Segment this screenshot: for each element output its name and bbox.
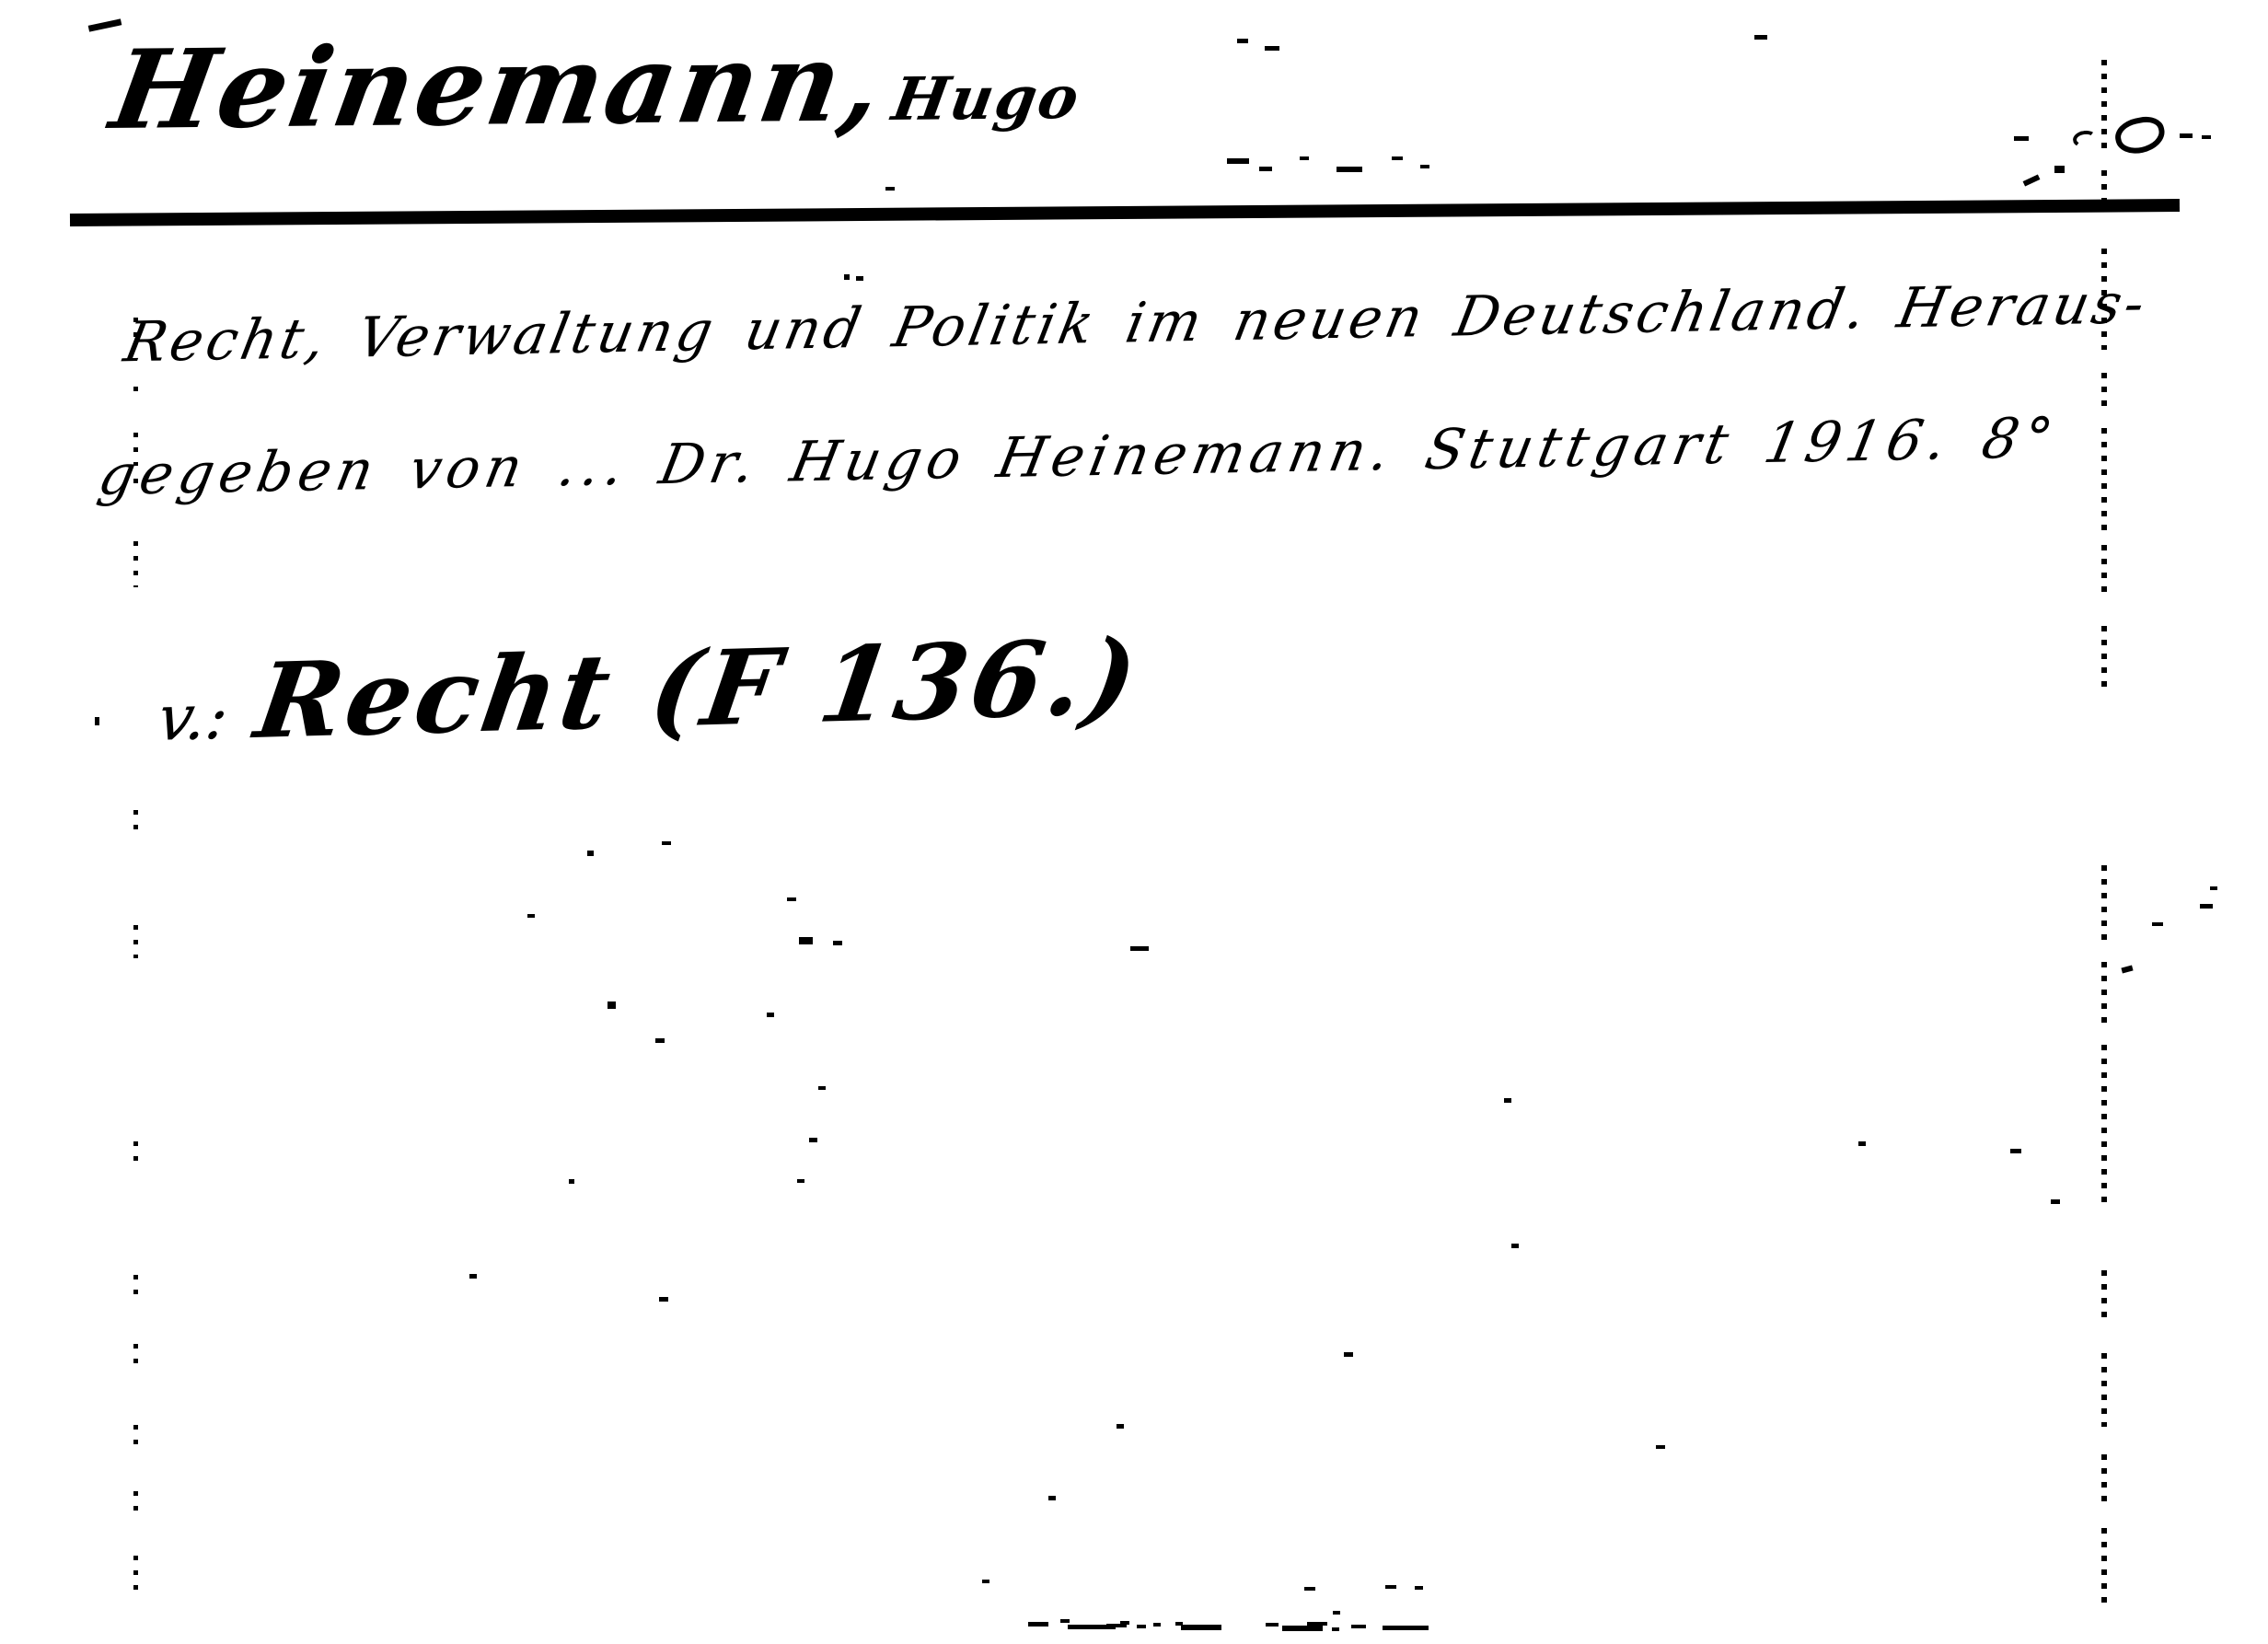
ink-dash <box>1137 1625 1146 1628</box>
ink-speck <box>2051 1199 2060 1204</box>
catalog-card: Heinemann,Hugo Recht, Verwaltung und Pol… <box>0 0 2268 1644</box>
ink-speck <box>2074 201 2085 204</box>
ink-speck <box>1858 1141 1866 1146</box>
ink-dash <box>1307 1622 1327 1626</box>
dotted-line-segment <box>133 1344 138 1370</box>
ink-speck <box>2152 922 2163 926</box>
dotted-line-segment <box>2101 962 2107 1031</box>
ink-speck <box>95 717 99 725</box>
dotted-line-segment <box>2101 545 2107 600</box>
pencil-circle-mark <box>2112 113 2169 157</box>
heading-rule <box>70 199 2180 226</box>
ink-speck <box>885 187 895 191</box>
ink-speck <box>1237 39 1248 43</box>
dotted-line-segment <box>2101 87 2107 156</box>
dotted-line-segment <box>2101 1045 2107 1210</box>
entry-text: Recht, Verwaltung und Politik im neuen D… <box>87 237 2162 542</box>
ink-speck <box>818 1086 826 1090</box>
dotted-line-segment <box>133 387 138 398</box>
ink-dash <box>1304 1587 1315 1591</box>
ink-speck <box>1392 156 1403 160</box>
ink-speck <box>767 1013 774 1017</box>
ink-speck <box>659 1297 668 1302</box>
dotted-line-segment <box>2101 626 2107 690</box>
dotted-line-segment <box>133 810 138 836</box>
ink-speck <box>469 1274 477 1279</box>
ink-dash <box>1060 1619 1070 1623</box>
dotted-line-segment <box>133 1275 138 1299</box>
ink-speck <box>1130 946 1149 951</box>
dotted-line-segment <box>133 925 138 958</box>
ink-speck <box>1117 1424 1124 1429</box>
ink-speck <box>1656 1445 1665 1449</box>
pencil-curl-mark <box>2072 129 2098 148</box>
dotted-line-segment <box>2101 373 2107 414</box>
ink-speck <box>1344 1352 1353 1357</box>
reference-text: Recht (F 136.) <box>249 617 1148 762</box>
ink-dash <box>1383 1626 1429 1630</box>
dotted-line-segment <box>133 433 138 466</box>
ink-speck <box>2014 136 2029 141</box>
ink-speck <box>1300 156 1309 160</box>
ink-speck <box>1420 165 1429 168</box>
ink-speck <box>1754 35 1767 40</box>
ink-dash <box>982 1580 989 1583</box>
dotted-line-segment <box>133 1141 138 1162</box>
dotted-line-segment <box>2101 1270 2107 1326</box>
ink-dash <box>1028 1622 1048 1627</box>
author-forename: Hugo <box>887 64 1085 134</box>
author-surname: Heinemann, <box>103 17 894 154</box>
ink-speck <box>799 937 813 944</box>
ink-speck <box>2180 133 2193 138</box>
ink-speck <box>833 941 842 945</box>
dotted-line-segment <box>2101 1528 2107 1609</box>
ink-dash <box>1181 1625 1221 1630</box>
dotted-line-segment <box>2101 249 2107 350</box>
ink-speck <box>797 1179 804 1183</box>
dotted-line-segment <box>133 479 138 490</box>
dotted-line-segment <box>133 1491 138 1514</box>
dotted-line-segment <box>133 318 138 343</box>
ink-speck <box>787 897 796 901</box>
ink-speck <box>2054 166 2065 173</box>
reference-prefix: v.: <box>153 681 233 756</box>
ink-speck <box>569 1179 574 1184</box>
ink-speck <box>1259 167 1272 171</box>
dotted-line-segment <box>2101 170 2107 205</box>
ink-speck <box>1504 1098 1511 1103</box>
ink-speck <box>844 274 850 280</box>
dotted-line-segment <box>133 1556 138 1591</box>
ink-speck <box>587 851 594 856</box>
ink-dash <box>1385 1585 1396 1589</box>
ink-speck <box>1048 1496 1056 1500</box>
dotted-line-segment <box>2101 428 2107 534</box>
cross-reference: v.:Recht (F 136.) <box>152 617 1148 765</box>
dotted-line-segment <box>2101 1353 2107 1427</box>
dotted-line-segment <box>2101 1454 2107 1510</box>
ink-dash <box>1120 1621 1129 1625</box>
ink-speck <box>2210 886 2217 890</box>
ink-speck <box>607 1001 616 1009</box>
dotted-line-segment <box>133 1425 138 1449</box>
ink-dash <box>1266 1623 1279 1627</box>
dotted-line-segment <box>133 541 138 587</box>
ink-speck <box>527 914 535 918</box>
ink-dash <box>1351 1625 1366 1628</box>
ink-dash <box>1153 1623 1161 1627</box>
heading-author: Heinemann,Hugo <box>103 16 1093 154</box>
ink-speck <box>2121 966 2133 974</box>
ink-speck <box>2023 174 2041 186</box>
ink-dash <box>1333 1611 1340 1615</box>
ink-dash <box>1282 1626 1323 1631</box>
ink-speck <box>1336 167 1362 172</box>
dotted-line-segment <box>2101 865 2107 944</box>
dotted-line-segment <box>2101 60 2107 80</box>
ink-speck <box>1511 1244 1519 1248</box>
ink-speck <box>88 18 122 31</box>
ink-dash <box>1415 1586 1423 1590</box>
ink-speck <box>809 1138 817 1142</box>
ink-speck <box>1227 158 1249 164</box>
ink-speck <box>655 1038 665 1043</box>
ink-speck <box>662 841 671 845</box>
ink-dash <box>1332 1627 1339 1631</box>
ink-speck <box>2202 135 2211 139</box>
ink-speck <box>1265 46 1279 51</box>
ink-speck <box>856 276 863 281</box>
ink-speck <box>2200 904 2213 909</box>
ink-speck <box>2010 1149 2021 1153</box>
